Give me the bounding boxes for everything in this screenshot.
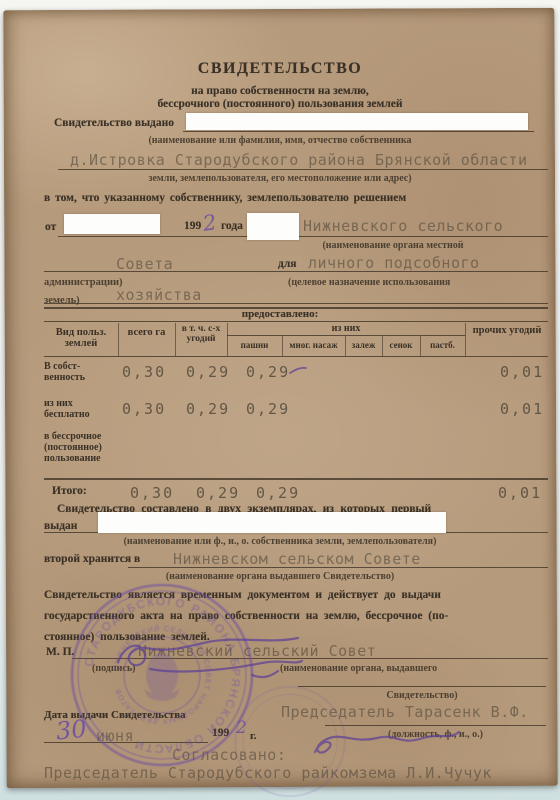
- typed-chairman: Председатель Тарасенк В.Ф.: [281, 703, 529, 721]
- vydan-label: выдан: [44, 520, 77, 532]
- table-row-label: из них бесплатно: [44, 398, 112, 420]
- table-border: [227, 335, 465, 336]
- table-cell: 0,29: [256, 484, 300, 502]
- table-border: [44, 478, 548, 480]
- purpose-caption: (целевое назначение использования: [288, 277, 450, 288]
- certificate-document: СВИДЕТЕЛЬСТВО на право собственности на …: [0, 0, 560, 800]
- table-column-divider: [227, 323, 228, 356]
- underline: [44, 742, 208, 743]
- stamp-emblem: [144, 653, 180, 701]
- table-cell: 0,01: [498, 484, 542, 502]
- underline: [183, 131, 534, 132]
- typed-hozyaistva: хозяйства: [116, 286, 202, 304]
- underline: [298, 686, 546, 687]
- document-subtitle-1: на право собственности на землю,: [0, 85, 560, 97]
- redaction-box-number: [247, 213, 299, 240]
- handwritten-year-digit: 2: [201, 210, 218, 236]
- table-cell: 0,30: [130, 484, 174, 502]
- typed-org-name: Нижневского сельского: [303, 217, 503, 235]
- underline: [72, 658, 548, 659]
- validity-line-1: Свидетельство является временным докумен…: [44, 589, 441, 601]
- sub-header-senok: сенок: [383, 340, 419, 351]
- table-caption: предоставлено:: [0, 308, 560, 320]
- zemel-caption: земель): [44, 295, 80, 306]
- underline: [58, 169, 548, 170]
- goda-label: года: [221, 220, 243, 232]
- col-header-kind: Вид польз. землей: [46, 327, 116, 349]
- table-subcolumn-divider: [282, 336, 283, 356]
- org-caption: (наименование органа местной: [268, 240, 518, 251]
- typed-final-line: Председатель Стародубского райкомзема Л.…: [44, 764, 492, 782]
- year-printed-bottom: 199: [212, 727, 229, 739]
- table-column-divider: [175, 323, 176, 356]
- typed-address: д.Истровка Стародубского района Брянской…: [70, 151, 527, 169]
- admin-caption: администрации): [44, 277, 123, 288]
- table-subcolumn-divider: [382, 336, 383, 356]
- dlya-label: для: [278, 258, 297, 270]
- issuing-org-caption: (наименование органа выдавшего Свидетель…: [0, 571, 560, 582]
- table-subcolumn-divider: [420, 336, 421, 356]
- mp-label: М. П.: [46, 646, 74, 658]
- underline: [58, 236, 548, 237]
- typed-kept-org: Нижневском сельском Совете: [173, 550, 421, 568]
- table-row-label: в бессроч­ное (посто­янное) поль­зование: [44, 431, 120, 464]
- table-cell: 0,30: [122, 400, 166, 418]
- sub-header-mnog: мног. насаж: [283, 340, 344, 351]
- owner-caption-2: земли, землепользователя, его местополож…: [0, 173, 560, 184]
- typed-purpose: личного подсобного: [308, 254, 480, 272]
- issued-to-label: Свидетельство выдано: [54, 117, 174, 129]
- redaction-box-date: [64, 214, 160, 234]
- col-header-agr: в т. ч. с-х угодий: [177, 324, 225, 344]
- total-row-label: Итого:: [52, 485, 87, 497]
- underline: [128, 567, 548, 568]
- document-subtitle-2: бессрочного (постоянного) пользования зе…: [0, 98, 560, 110]
- col-header-total: всего га: [119, 327, 174, 338]
- position-caption: (должность, ф., и., о.): [325, 729, 546, 740]
- table-cell: 0,29: [246, 363, 290, 381]
- sub-header-pashni: пашни: [228, 340, 281, 351]
- g-label: г.: [250, 730, 257, 742]
- document-title: СВИДЕТЕЛЬСТВО: [0, 60, 560, 78]
- table-cell: 0,01: [500, 400, 544, 418]
- col-header-other: прочих угодий: [468, 325, 546, 336]
- table-cell: 0,29: [186, 400, 230, 418]
- typed-soglasovano: Согласовано:: [172, 746, 286, 764]
- handwritten-year-digit-bottom: 2: [236, 718, 247, 738]
- checkmark-ink-tick: [290, 368, 306, 373]
- table-cell: 0,29: [196, 484, 240, 502]
- redaction-box-owner: [186, 113, 528, 130]
- table-column-divider: [118, 323, 119, 356]
- table-cell: 0,29: [246, 400, 290, 418]
- handwritten-day: 30: [55, 714, 88, 745]
- table-row-label: В собст­венность: [44, 361, 112, 383]
- table-column-divider: [465, 323, 466, 356]
- org-issued-caption-1: (наименование органа, выдавшего: [280, 663, 437, 674]
- table-border: [44, 321, 548, 322]
- table-cell: 0,01: [500, 363, 544, 381]
- second-copy-label: второй хранится в: [44, 553, 140, 565]
- owner-caption-1: (наименование или фамилия, имя, отчество…: [0, 135, 560, 146]
- sub-header-zalezh: залеж: [346, 340, 381, 351]
- sub-header-pastb: пастб.: [421, 340, 464, 351]
- table-cell: 0,29: [186, 363, 230, 381]
- table-border: [44, 356, 548, 357]
- redaction-box-recipient: [98, 512, 446, 533]
- underline: [325, 725, 546, 726]
- ot-label: от: [45, 221, 56, 233]
- org-issued-caption-2: Свидетельство): [298, 690, 546, 701]
- vydan-caption: (наименование или ф., и., о. собственник…: [0, 536, 560, 547]
- decision-clause: в том, что указанному собственнику, земл…: [44, 192, 406, 204]
- table-subcolumn-divider: [345, 336, 346, 356]
- table-cell: 0,30: [122, 363, 166, 381]
- underline: [44, 303, 548, 304]
- col-header-iznih: из них: [227, 323, 465, 334]
- year-printed: 199: [184, 220, 201, 232]
- validity-line-2: государственного акта на право собственн…: [44, 610, 448, 622]
- podpis-caption: (подпись): [92, 663, 135, 674]
- underline: [44, 271, 548, 272]
